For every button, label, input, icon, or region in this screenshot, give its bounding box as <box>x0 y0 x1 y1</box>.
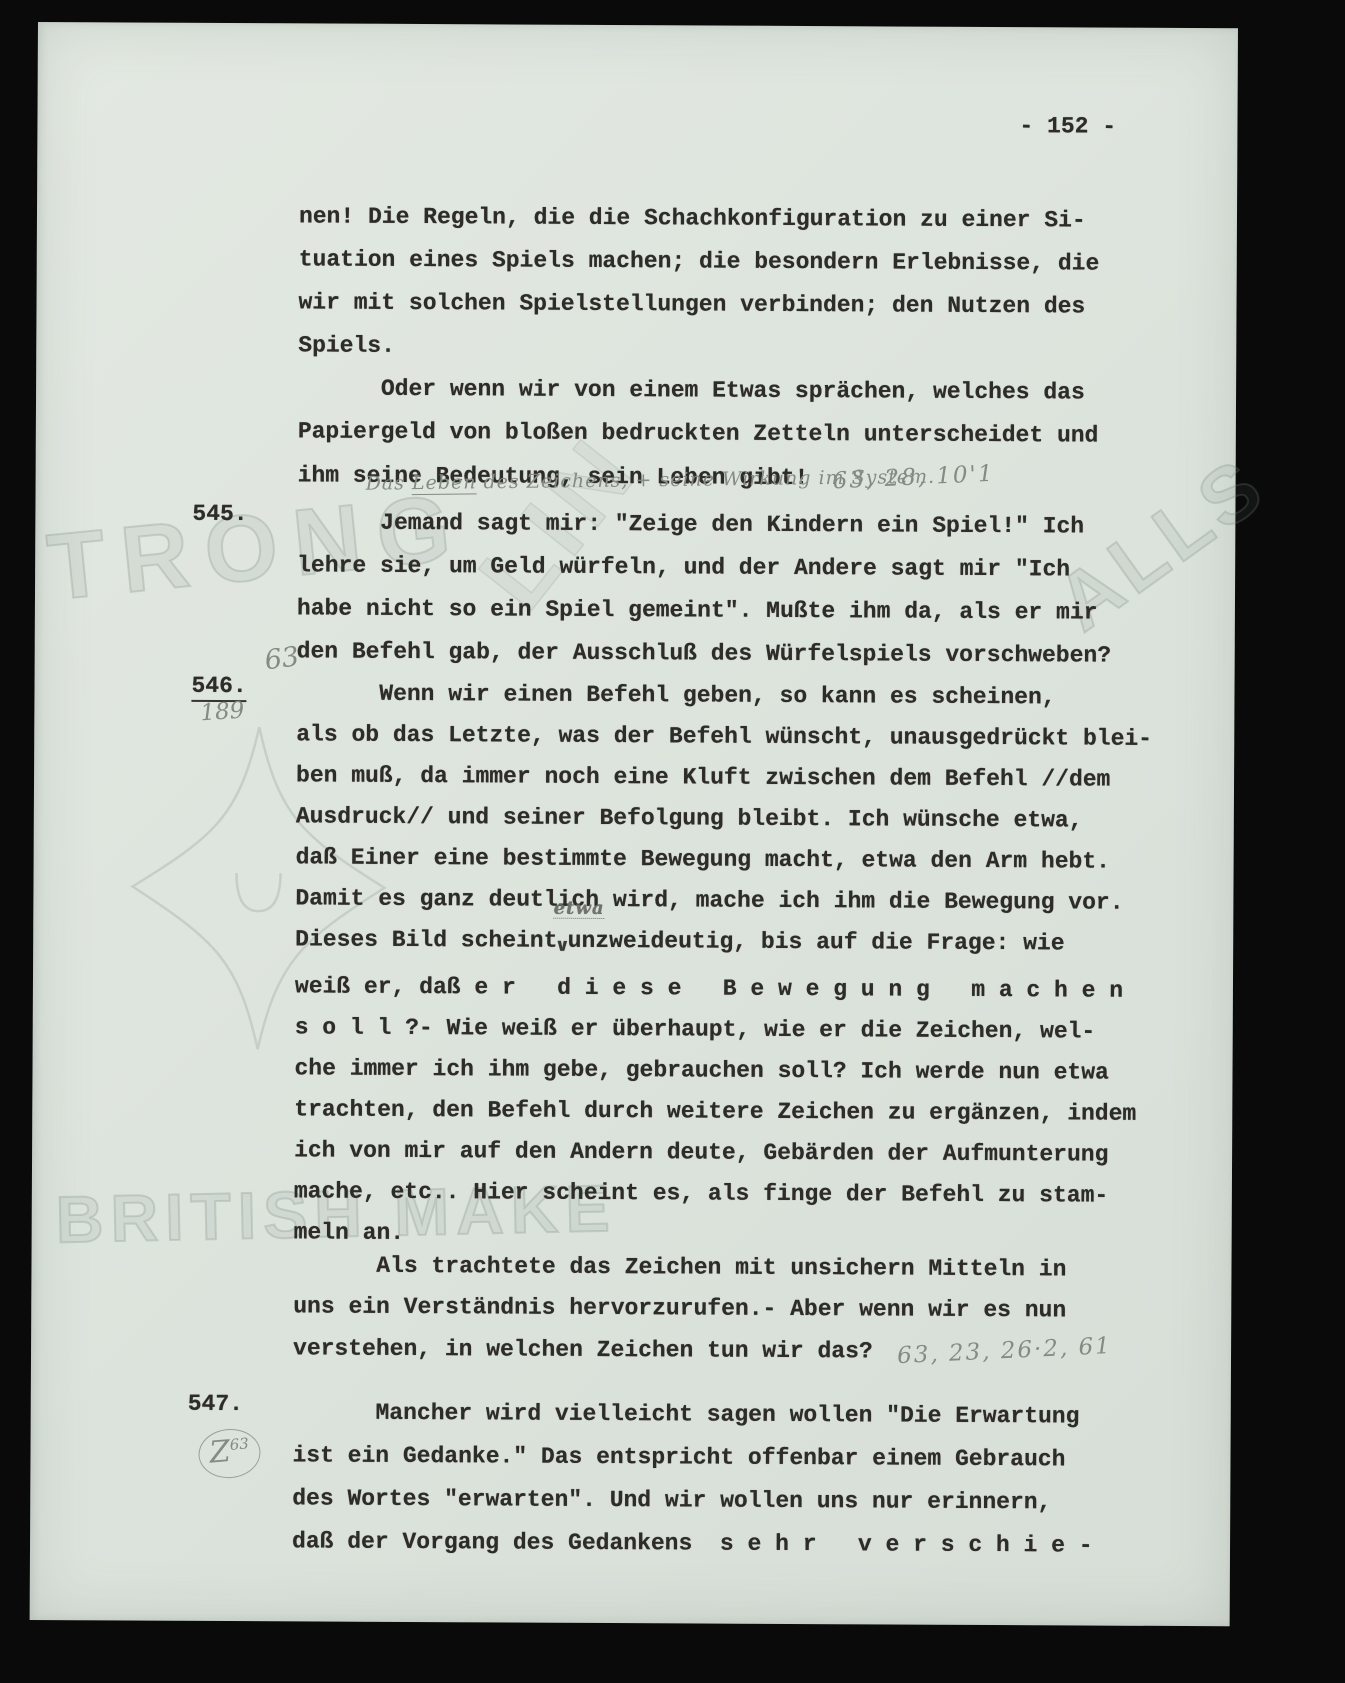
typed-line: weiß er, daß e r d i e s e B e w e g u n… <box>295 966 1195 1012</box>
typed-line: Papiergeld von bloßen bedruckten Zetteln… <box>298 410 1198 458</box>
section-546-paragraph: Wenn wir einen Befehl geben, so kann es … <box>294 673 1197 1258</box>
typed-line: trachten, den Befehl durch weitere Zeich… <box>294 1089 1194 1135</box>
handwritten-63: 63 <box>263 641 301 676</box>
circled-63: 63 <box>229 1434 250 1454</box>
typed-line: Spiels. <box>298 324 1198 372</box>
page-number: - 152 - <box>1019 105 1116 149</box>
section-545-paragraph: Jemand sagt mir: "Zeige den Kindern ein … <box>297 501 1198 678</box>
typed-line: lehre sie, um Geld würfeln, und der Ande… <box>297 544 1197 592</box>
handwritten-note-underlined: Leben <box>412 471 477 495</box>
typed-line: Wenn wir einen Befehl geben, so kann es … <box>296 673 1196 719</box>
typed-line: che immer ich ihm gebe, gebrauchen soll?… <box>294 1048 1194 1094</box>
typed-line: mache, etc.. Hier scheint es, als finge … <box>294 1171 1194 1217</box>
typed-line: habe nicht so ein Spiel gemeint". Mußte … <box>297 587 1197 635</box>
typed-text: Dieses Bild scheint <box>295 926 557 953</box>
handwritten-circled-z63: Z63 <box>197 1427 263 1481</box>
scanned-page-photo: TRONG LIN ALLS BRITISH MAKE - 152 - nen!… <box>0 0 1345 1683</box>
typed-line: wir mit solchen Spielstellungen verbinde… <box>298 281 1198 329</box>
typed-line: Oder wenn wir von einem Etwas sprächen, … <box>298 367 1198 415</box>
section-number-545: 545. <box>192 501 247 527</box>
typed-line: Ausdruck// und seiner Befolgung bleibt. … <box>296 796 1196 842</box>
insertion-point: etwa∨ <box>557 921 567 968</box>
handwritten-note-pre: Das <box>365 472 412 495</box>
section-number-547: 547. <box>188 1391 243 1417</box>
typed-line: Jemand sagt mir: "Zeige den Kindern ein … <box>297 501 1197 549</box>
section-547-paragraph: Mancher wird vielleicht sagen wollen "Di… <box>292 1391 1193 1568</box>
typed-line-with-insertion: Dieses Bild scheintetwa∨unzweideutig, bi… <box>295 919 1195 971</box>
typed-line: tuation eines Spiels machen; die besonde… <box>299 238 1199 286</box>
typed-line: daß der Vorgang des Gedankens s e h r v … <box>292 1520 1192 1568</box>
typed-line: s o l l ?- Wie weiß er überhaupt, wie er… <box>295 1007 1195 1053</box>
typed-line: nen! Die Regeln, die die Schachkonfigura… <box>299 195 1199 243</box>
paragraph-continuation: nen! Die Regeln, die die Schachkonfigura… <box>298 195 1200 502</box>
typed-line: uns ein Verständnis hervorzurufen.- Aber… <box>293 1286 1193 1332</box>
typed-line: Als trachtete das Zeichen mit unsichern … <box>293 1245 1193 1291</box>
typed-line: Damit es ganz deutlich wird, mache ich i… <box>295 878 1195 924</box>
typed-line: den Befehl gab, der Ausschluß des Würfel… <box>297 630 1197 678</box>
typed-text: unzweideutig, bis auf die Frage: wie <box>568 928 1065 957</box>
typed-line: ben muß, da immer noch eine Kluft zwisch… <box>296 755 1196 801</box>
typed-line: daß Einer eine bestimmte Bewegung macht,… <box>296 837 1196 883</box>
handwritten-189: 189 <box>200 698 245 727</box>
circled-z: Z <box>208 1434 232 1471</box>
handwritten-insertion-etwa: etwa <box>554 900 605 919</box>
typed-line: ich von mir auf den Andern deute, Gebärd… <box>294 1130 1194 1176</box>
typed-line-with-annotation: verstehen, in welchen Zeichen tun wir da… <box>293 1327 1193 1374</box>
typed-line: Mancher wird vielleicht sagen wollen "Di… <box>293 1391 1193 1439</box>
caret-mark: ∨ <box>556 927 570 968</box>
paragraph-als-trachtete: Als trachtete das Zeichen mit unsichern … <box>293 1245 1194 1374</box>
paper-sheet: TRONG LIN ALLS BRITISH MAKE - 152 - nen!… <box>30 22 1238 1626</box>
typed-line: ist ein Gedanke." Das entspricht offenba… <box>292 1434 1192 1482</box>
typed-text: verstehen, in welchen Zeichen tun wir da… <box>293 1335 873 1364</box>
typed-line: des Wortes "erwarten". Und wir wollen un… <box>292 1477 1192 1525</box>
section-number-546: 546. <box>191 673 246 699</box>
handwritten-reference-numbers: 63, 23, 26·2, 61 <box>896 1326 1113 1377</box>
typed-line: als ob das Letzte, was der Befehl wünsch… <box>296 714 1196 760</box>
